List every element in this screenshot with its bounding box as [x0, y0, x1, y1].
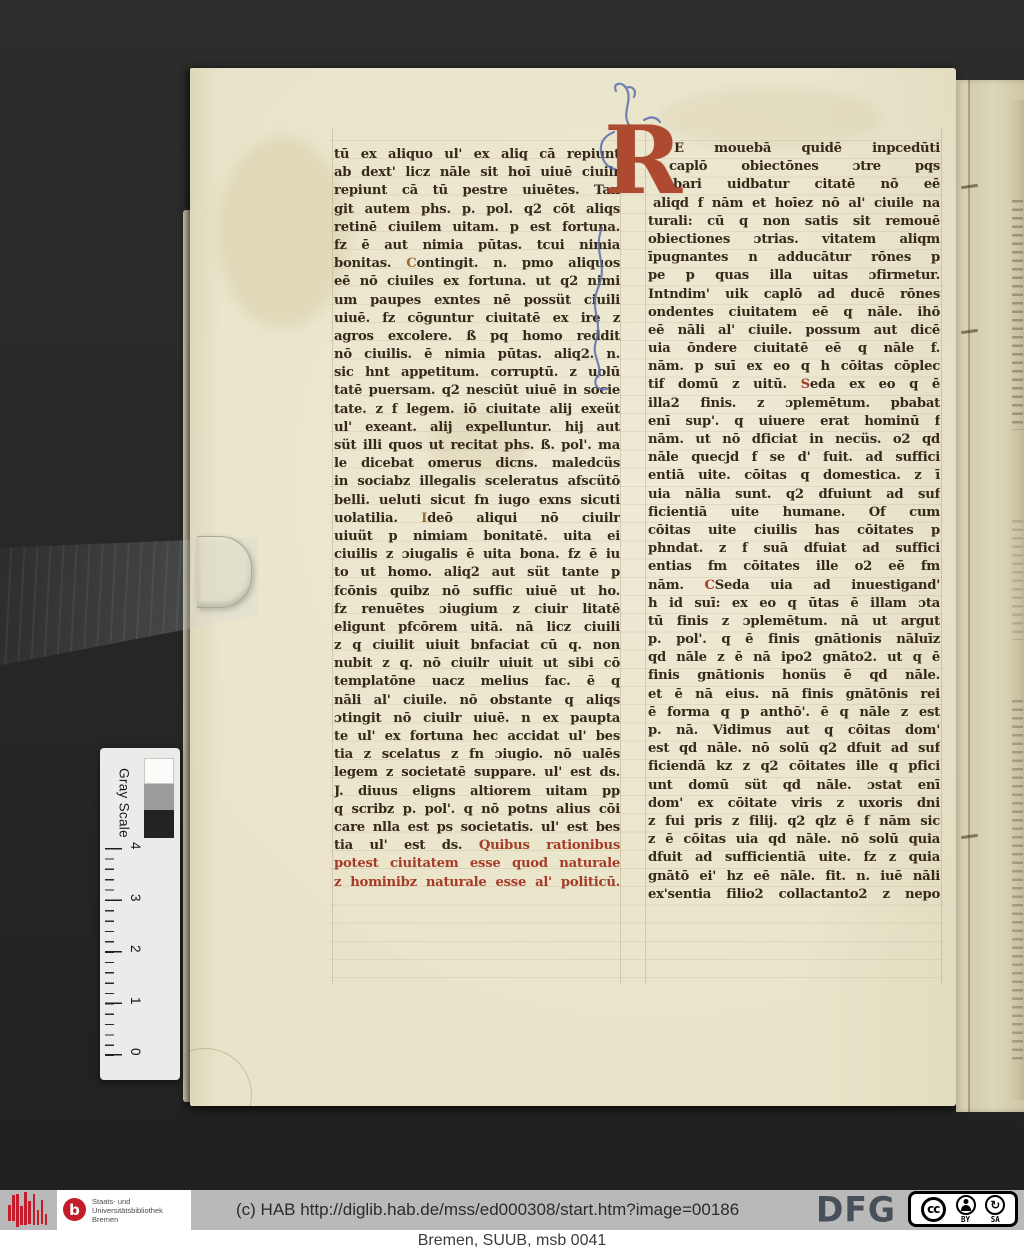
text-column-right: E mouebā quidē inpcedūticaplō obiectōnes…: [648, 140, 940, 908]
manuscript-line: turali: cū q non satis sit remouē: [648, 213, 940, 231]
manuscript-line: et ē nā eius. nā finis gnātōnis rei: [648, 686, 940, 704]
manuscript-line: uolatilia. Ideō aliqui nō ciuilr: [334, 510, 620, 528]
manuscript-page: tū ex aliquo ul' ex aliq cā repiuntab de…: [190, 68, 956, 1106]
manuscript-line: z ē cōitas uia qd nāle. nō solū quia: [648, 831, 940, 849]
manuscript-line: templatōne uacz melius fac. ē q: [334, 673, 620, 691]
manuscript-line: uia nālia sunt. q2 dfuiunt ad suf: [648, 486, 940, 504]
page-holder-clip: [197, 536, 252, 608]
manuscript-line: dfuit ad sufficientiā uite. fz z quia: [648, 849, 940, 867]
manuscript-line: dom' ex cōitate viris z uxoris dni: [648, 795, 940, 813]
manuscript-line: belli. ueluti sicut fn iugo exns sicuti: [334, 492, 620, 510]
manuscript-line: eligunt pfcōrem uitā. nā licz ciuili: [334, 619, 620, 637]
parchment-stain: [660, 88, 880, 148]
parchment-stain: [218, 138, 348, 328]
manuscript-line: ficiendā kz z q2 cōitates ille q pfici: [648, 758, 940, 776]
manuscript-line: nām. ut nō dficiat in necüs. o2 qd: [648, 431, 940, 449]
manuscript-line: ciuilis z ɔiugalis ē uita bona. fz ē iu: [334, 546, 620, 564]
cc-icon: cc: [921, 1197, 946, 1222]
cc-by-person-icon: [956, 1195, 976, 1215]
manuscript-line: z hominibz naturale esse al' politicū.: [334, 874, 620, 892]
copyright-url-text: (c) HAB http://diglib.hab.de/mss/ed00030…: [236, 1190, 739, 1230]
manuscript-line: to ut homo. aliq2 aut süt tante p: [334, 564, 620, 582]
manuscript-line: uiuüt p nimiam bonitatē. uita ei: [334, 528, 620, 546]
manuscript-line: pe p quas illa uitas ɔfirmetur.: [648, 267, 940, 285]
manuscript-line: ondentes ciuitatem eē q nāle. ihō: [648, 304, 940, 322]
manuscript-line: E mouebā quidē inpcedūti: [648, 140, 940, 158]
manuscript-line: tū finis z ɔplemētum. nā ut argut: [648, 613, 940, 631]
cc-sa-label: SA: [991, 1216, 1000, 1224]
shelfmark-strip: Bremen, SUUB, msb 0041: [0, 1230, 1024, 1252]
manuscript-line: J. diuus eligns altiorem uitam pp: [334, 783, 620, 801]
manuscript-line: tia z scelatus z fn ɔiugio. nō ualēs: [334, 746, 620, 764]
manuscript-line: ex'sentia filio2 collactanto2 z nepo: [648, 886, 940, 904]
manuscript-line: h id suī: ex eo q ūtas ē illam ɔta: [648, 595, 940, 613]
manuscript-line: tia ul' est ds. Quibus rationibus: [334, 837, 620, 855]
manuscript-line: z fui pris z filij. q2 qlz ē f nām sic: [648, 813, 940, 831]
manuscript-line: fz renuētes ɔiugium z ciuir litatē: [334, 601, 620, 619]
manuscript-line: q scribz p. pol'. q nō potns alius cōi: [334, 801, 620, 819]
gray-scale-ruler: Gray Scale 4 3 2 1 0: [100, 748, 180, 1080]
library-logo-box: b Staats- und Universitätsbibliothek Bre…: [57, 1190, 191, 1230]
library-name: Staats- und Universitätsbibliothek Breme…: [92, 1197, 163, 1224]
manuscript-line: entias fm cōitates ille o2 eē fm: [648, 558, 940, 576]
column-rule: [941, 128, 942, 984]
manuscript-line: te ul' ex fortuna hec accidat ul' bes: [334, 728, 620, 746]
manuscript-line: ɔtingit nō ciuilr uiuē. n ex paupta: [334, 710, 620, 728]
manuscript-line: uia ōndere ciuitatē eē q nāle f.: [648, 340, 940, 358]
manuscript-line: nām. p suī ex eo q h cōitas cōplec: [648, 358, 940, 376]
manuscript-line: ficientiā uite humane. Of cum: [648, 504, 940, 522]
manuscript-line: gnātō ei' hz eē nāle. fit. n. iuē nāli: [648, 868, 940, 886]
ruler-label-4: 4: [127, 842, 143, 858]
manuscript-line: care nlla est ps societatis. ul' est bes: [334, 819, 620, 837]
patch-white: [144, 758, 174, 784]
patch-gray: [144, 784, 174, 810]
manuscript-line: Intndim' uik caplō ad ducē rōnes: [648, 286, 940, 304]
manuscript-line: est qd nāle. nō solū q2 dfuit ad suf: [648, 740, 940, 758]
manuscript-line: eē nāli al' ciuile. possum aut dicē: [648, 322, 940, 340]
manuscript-line: obiectiones ɔtrias. vitatem aliqm: [648, 231, 940, 249]
manuscript-line: ul' exeant. alij expelluntur. hij aut: [334, 419, 620, 437]
cc-by-label: BY: [961, 1216, 970, 1224]
cc-sa-arrow-icon: ↻: [985, 1195, 1005, 1215]
manuscript-line: p. nā. Vidimus aut q cōitas dom': [648, 722, 940, 740]
manuscript-line: süt illi quos ut recitat phs. ß. pol'. m…: [334, 437, 620, 455]
manuscript-line: nāle quecjd f se d' fuit. ad suffici: [648, 449, 940, 467]
grayscale-patches: [144, 758, 174, 838]
digitized-manuscript-photo: tū ex aliquo ul' ex aliq cā repiuntab de…: [0, 0, 1024, 1252]
ruler-title: Gray Scale: [117, 768, 132, 838]
manuscript-line: īpugnantes n adducātur rōnes p: [648, 249, 940, 267]
shelfmark-text: Bremen, SUUB, msb 0041: [418, 1232, 607, 1250]
ruler-label-2: 2: [127, 945, 143, 961]
dfg-logo: DFG: [816, 1189, 896, 1231]
manuscript-line: nām. CSeda uia ad inuestigand': [648, 577, 940, 595]
initial-letter-R: R: [604, 114, 682, 208]
manuscript-line: cōitas uite ciuilis has cōitates p: [648, 522, 940, 540]
attribution-bar: b Staats- und Universitätsbibliothek Bre…: [0, 1190, 1024, 1230]
manuscript-line: aliqd f nām et hoīez nō al' ciuile na: [648, 195, 940, 213]
corner-crease: [190, 1048, 252, 1106]
bremen-stripes-logo: [8, 1190, 56, 1230]
ruler-label-0: 0: [127, 1048, 143, 1064]
manuscript-line: qd nāle z ē nā ipo2 gnāto2. ut q ē: [648, 649, 940, 667]
ruler-major-ticks: [105, 848, 122, 1057]
manuscript-line: tif domū z uitū. Seda ex eo q ē: [648, 376, 940, 394]
library-b-icon: b: [63, 1198, 86, 1221]
manuscript-line: z q ciuilit uiuit bnfaciat cū q. non: [334, 637, 620, 655]
manuscript-line: enī sup'. q uiuere erat hominū f: [648, 413, 940, 431]
manuscript-line: p. pol'. q ē finis gnātionis nāluīz: [648, 631, 940, 649]
manuscript-line: pbari uidbatur citatē nō eē: [648, 176, 940, 194]
ruler-label-3: 3: [127, 894, 143, 910]
manuscript-line: nāli al' ciuile. nō obstante q aliqs: [334, 692, 620, 710]
manuscript-line: caplō obiectōnes ɔtre pqs: [648, 158, 940, 176]
manuscript-line: potest ciuitatem esse quod naturale: [334, 855, 620, 873]
manuscript-line: ē forma q p anthō'. ē q nāle z est: [648, 704, 940, 722]
column-rule: [332, 128, 333, 984]
manuscript-line: illa2 finis. z ɔplemētum. pbabat: [648, 395, 940, 413]
cc-by-group: BY: [956, 1195, 976, 1224]
manuscript-line: unt domū süt qd nāle. ɔstat enī: [648, 777, 940, 795]
cc-license-badge: cc BY ↻ SA: [908, 1191, 1018, 1227]
patch-black: [144, 810, 174, 838]
page-fold-line: [968, 80, 970, 1112]
cc-sa-group: ↻ SA: [985, 1195, 1005, 1224]
manuscript-line: nubit z q. nō ciuilr uiuit ut sibi cō: [334, 655, 620, 673]
manuscript-line: phndat. z f suā dfuiat ad suffici: [648, 540, 940, 558]
manuscript-line: le dicebat omerus dicns. maledcüs: [334, 455, 620, 473]
facing-page-text-edge: [1008, 100, 1024, 1100]
manuscript-line: finis gnātionis honüs ē qd nāle.: [648, 667, 940, 685]
book-gutter-edge: [956, 80, 1024, 1112]
ruler-label-1: 1: [127, 997, 143, 1013]
manuscript-line: in sociabz illegalis sceleratus afscütō: [334, 473, 620, 491]
manuscript-line: fcōnis quibz nō suffic uiuē ut ho.: [334, 583, 620, 601]
manuscript-line: entiā uite. cōitas q domestica. z ī: [648, 467, 940, 485]
manuscript-line: legem z societatē suppare. ul' est ds.: [334, 764, 620, 782]
